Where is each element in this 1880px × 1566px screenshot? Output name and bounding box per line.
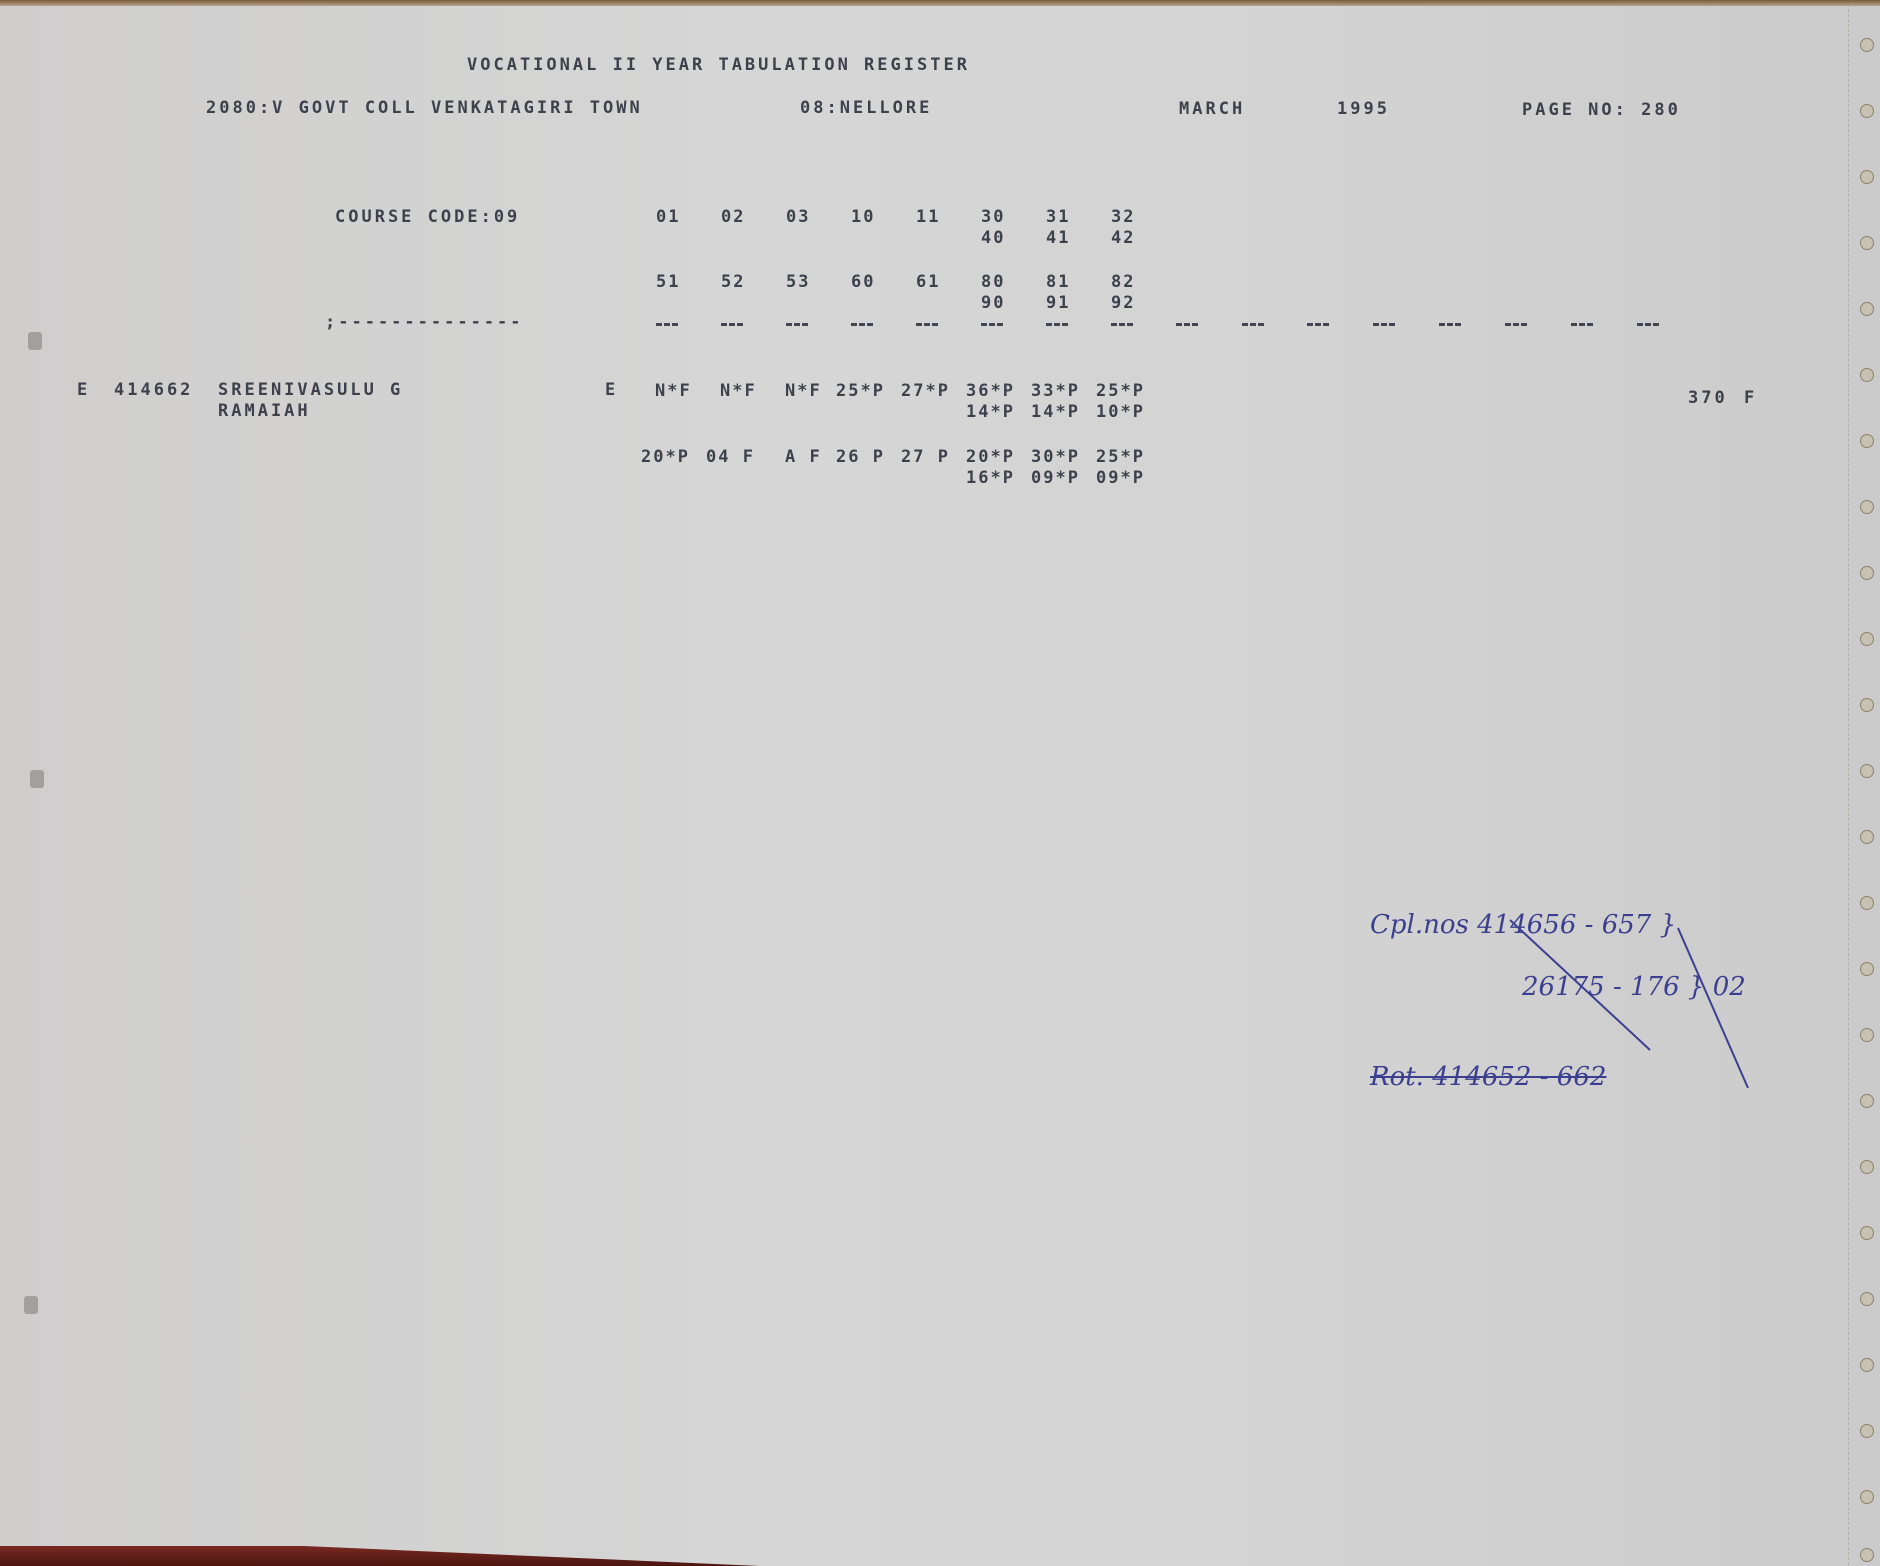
subject-code: 01 [656,207,680,227]
subject-code: 51 [656,272,680,292]
subject-code: 61 [916,272,940,292]
dash [721,323,743,330]
binding-punch-mark [30,770,44,788]
mark-cell: 09*P [1031,468,1080,488]
feed-hole [1860,1292,1874,1306]
mark-cell: 20*P [641,447,690,467]
mark-cell: 36*P [966,381,1015,401]
subject-code: 41 [1046,228,1070,248]
binding-punch-mark [24,1296,38,1314]
district-name: 08:NELLORE [800,98,932,118]
register-title: VOCATIONAL II YEAR TABULATION REGISTER [467,55,970,75]
feed-hole [1860,170,1874,184]
subject-code: 42 [1111,228,1135,248]
subject-code: 80 [981,272,1005,292]
feed-hole [1860,1160,1874,1174]
subject-code: 60 [851,272,875,292]
subject-code: 92 [1111,293,1135,313]
tabulation-sheet [0,4,1880,1566]
strike-lines-icon [1500,900,1760,1100]
medium-code: E [605,380,618,400]
mark-cell: A F [785,447,822,467]
mark-cell: 27*P [901,381,950,401]
dash [1111,323,1133,330]
separator-left: ;-------------- [325,312,524,332]
result-code: F [1744,388,1757,408]
mark-cell: N*F [785,381,822,401]
subject-code: 90 [981,293,1005,313]
feed-hole [1860,698,1874,712]
feed-hole [1860,236,1874,250]
mark-cell: 25*P [1096,447,1145,467]
father-name: RAMAIAH [218,401,311,421]
mark-cell: 25*P [1096,381,1145,401]
dash [656,323,678,330]
dash [1373,323,1395,330]
binding-punch-mark [28,332,42,350]
feed-hole [1860,368,1874,382]
mark-cell: 14*P [966,402,1015,422]
subject-code: 52 [721,272,745,292]
course-code: COURSE CODE:09 [335,207,520,227]
total-marks: 370 [1688,388,1728,408]
feed-hole [1860,1490,1874,1504]
exam-year: 1995 [1337,99,1390,119]
mark-cell: 16*P [966,468,1015,488]
tractor-feed-holes [1850,0,1880,1566]
feed-hole [1860,434,1874,448]
feed-hole [1860,764,1874,778]
feed-hole [1860,1226,1874,1240]
student-name: SREENIVASULU G [218,380,403,400]
mark-cell: 27 P [901,447,950,467]
subject-code: 40 [981,228,1005,248]
feed-hole [1860,500,1874,514]
feed-hole [1860,566,1874,580]
mark-cell: 33*P [1031,381,1080,401]
dash [1307,323,1329,330]
dash [1046,323,1068,330]
feed-hole [1860,38,1874,52]
page-number: PAGE NO: 280 [1522,100,1681,120]
dash [1439,323,1461,330]
dash [1242,323,1264,330]
subject-code: 11 [916,207,940,227]
mark-cell: N*F [655,381,692,401]
dash [916,323,938,330]
mark-cell: 26 P [836,447,885,467]
exam-month: MARCH [1179,99,1245,119]
mark-cell: 30*P [1031,447,1080,467]
subject-code: 31 [1046,207,1070,227]
subject-code: 91 [1046,293,1070,313]
feed-hole [1860,302,1874,316]
feed-hole [1860,830,1874,844]
feed-hole [1860,632,1874,646]
mark-cell: 25*P [836,381,885,401]
subject-code: 53 [786,272,810,292]
subject-code: 03 [786,207,810,227]
feed-hole [1860,1028,1874,1042]
roll-number: 414662 [114,380,193,400]
dash [981,323,1003,330]
dash [1571,323,1593,330]
mark-cell: 14*P [1031,402,1080,422]
dash [1637,323,1659,330]
mark-cell: N*F [720,381,757,401]
feed-hole [1860,896,1874,910]
mark-cell: 04 F [706,447,755,467]
dash [1505,323,1527,330]
mark-cell: 20*P [966,447,1015,467]
subject-code: 02 [721,207,745,227]
subject-code: 30 [981,207,1005,227]
mark-cell: 09*P [1096,468,1145,488]
subject-code: 81 [1046,272,1070,292]
feed-hole [1860,962,1874,976]
feed-hole [1860,1094,1874,1108]
feed-hole [1860,104,1874,118]
dash [851,323,873,330]
dash [786,323,808,330]
mark-cell: 10*P [1096,402,1145,422]
sheet-top-edge [0,0,1880,6]
subject-code: 10 [851,207,875,227]
subject-code: 32 [1111,207,1135,227]
college-name: 2080:V GOVT COLL VENKATAGIRI TOWN [206,98,643,118]
category-code: E [77,380,90,400]
subject-code: 82 [1111,272,1135,292]
feed-hole [1860,1358,1874,1372]
dash [1176,323,1198,330]
feed-hole [1860,1548,1874,1562]
feed-hole [1860,1424,1874,1438]
